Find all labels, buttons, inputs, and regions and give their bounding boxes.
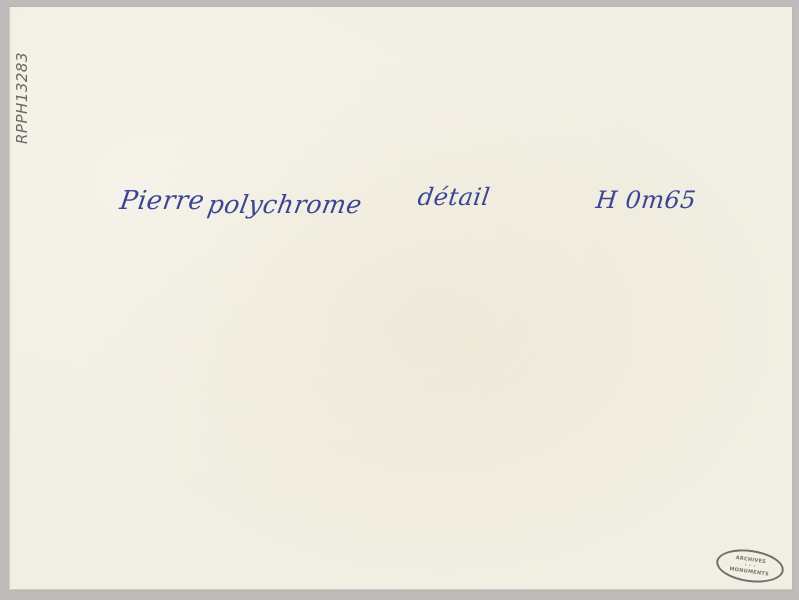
handwritten-word-detail: détail (416, 183, 492, 211)
handwritten-height-measure: H 0m65 (595, 186, 698, 214)
inventory-number: RPPH13283 (7, 42, 37, 154)
stamp-line-3: MONUMENTS (729, 566, 769, 577)
scan-canvas: RPPH13283 Pierre polychrome détail H 0m6… (0, 0, 799, 600)
photo-verso-paper (9, 7, 792, 590)
handwritten-word-pierre: Pierre (118, 186, 207, 216)
handwritten-word-polychrome: polychrome (205, 190, 364, 219)
inventory-number-text: RPPH13283 (13, 52, 31, 144)
